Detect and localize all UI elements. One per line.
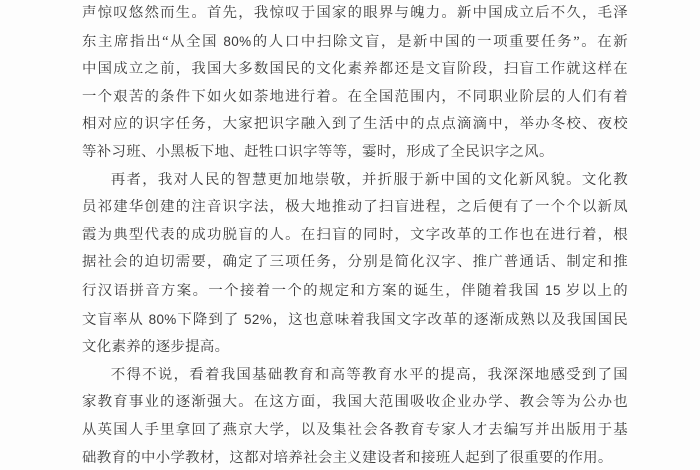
- text-line: 声惊叹悠然而生。首先，我惊叹于国家的眼界与魄力。新中国成立后不久，毛泽: [82, 0, 628, 28]
- document-body: 声惊叹悠然而生。首先，我惊叹于国家的眼界与魄力。新中国成立后不久，毛泽东主席指出…: [82, 0, 628, 470]
- text-line: 行汉语拼音方案。一个接着一个的规定和方案的诞生，伴随着我国 15 岁以上的: [82, 277, 628, 306]
- numeric-text: 80%: [149, 312, 177, 327]
- numeric-text: 15: [545, 283, 561, 298]
- text-line: 从英国人手里拿回了燕京大学，以及集社会各教育专家人才去编写并出版用于基: [82, 417, 628, 445]
- text-line: 相对应的识字任务，大家把识字融入到了生活中的点点滴滴中，举办冬校、夜校: [82, 111, 628, 139]
- text-line: 不得不说，看着我国基础教育和高等教育水平的提高，我深深地感受到了国: [82, 362, 628, 390]
- text-line: 一个艰苦的条件下如火如荼地进行着。在全国范围内，不同职业阶层的人们有着: [82, 84, 628, 112]
- numeric-text: 52%: [244, 312, 272, 327]
- numeric-text: 80%: [223, 34, 251, 49]
- text-line: 础教育的中小学教材，这都对培养社会主义建设者和接班人起到了很重要的作用。: [82, 445, 628, 470]
- text-line: 等补习班、小黑板下地、赶牲口识字等等，霎时，形成了全民识字之风。: [82, 139, 628, 167]
- text-line: 家教育事业的逐渐强大。在这方面，我国大范围吸收企业办学、教会等为公办也: [82, 389, 628, 417]
- text-line: 文化素养的逐步提高。: [82, 334, 628, 362]
- text-line: 再者，我对人民的智慧更加地崇敬，并折服于新中国的文化新风貌。文化教: [82, 167, 628, 195]
- document-page: 声惊叹悠然而生。首先，我惊叹于国家的眼界与魄力。新中国成立后不久，毛泽东主席指出…: [0, 0, 700, 470]
- text-line: 员祁建华创建的注音识字法，极大地推动了扫盲进程，之后便有了一个个以新凤: [82, 194, 628, 222]
- text-line: 东主席指出“从全国 80%的人口中扫除文盲，是新中国的一项重要任务”。在新: [82, 28, 628, 57]
- text-line: 文盲率从 80%下降到了 52%，这也意味着我国文字改革的逐渐成熟以及我国国民: [82, 306, 628, 335]
- text-line: 中国成立之前，我国大多数国民的文化素养都还是文盲阶段，扫盲工作就这样在: [82, 56, 628, 84]
- text-line: 据社会的迫切需要，确定了三项任务，分别是简化汉字、推广普通话、制定和推: [82, 249, 628, 277]
- text-line: 霞为典型代表的成功脱盲的人。在扫盲的同时，文字改革的工作也在进行着，根: [82, 222, 628, 250]
